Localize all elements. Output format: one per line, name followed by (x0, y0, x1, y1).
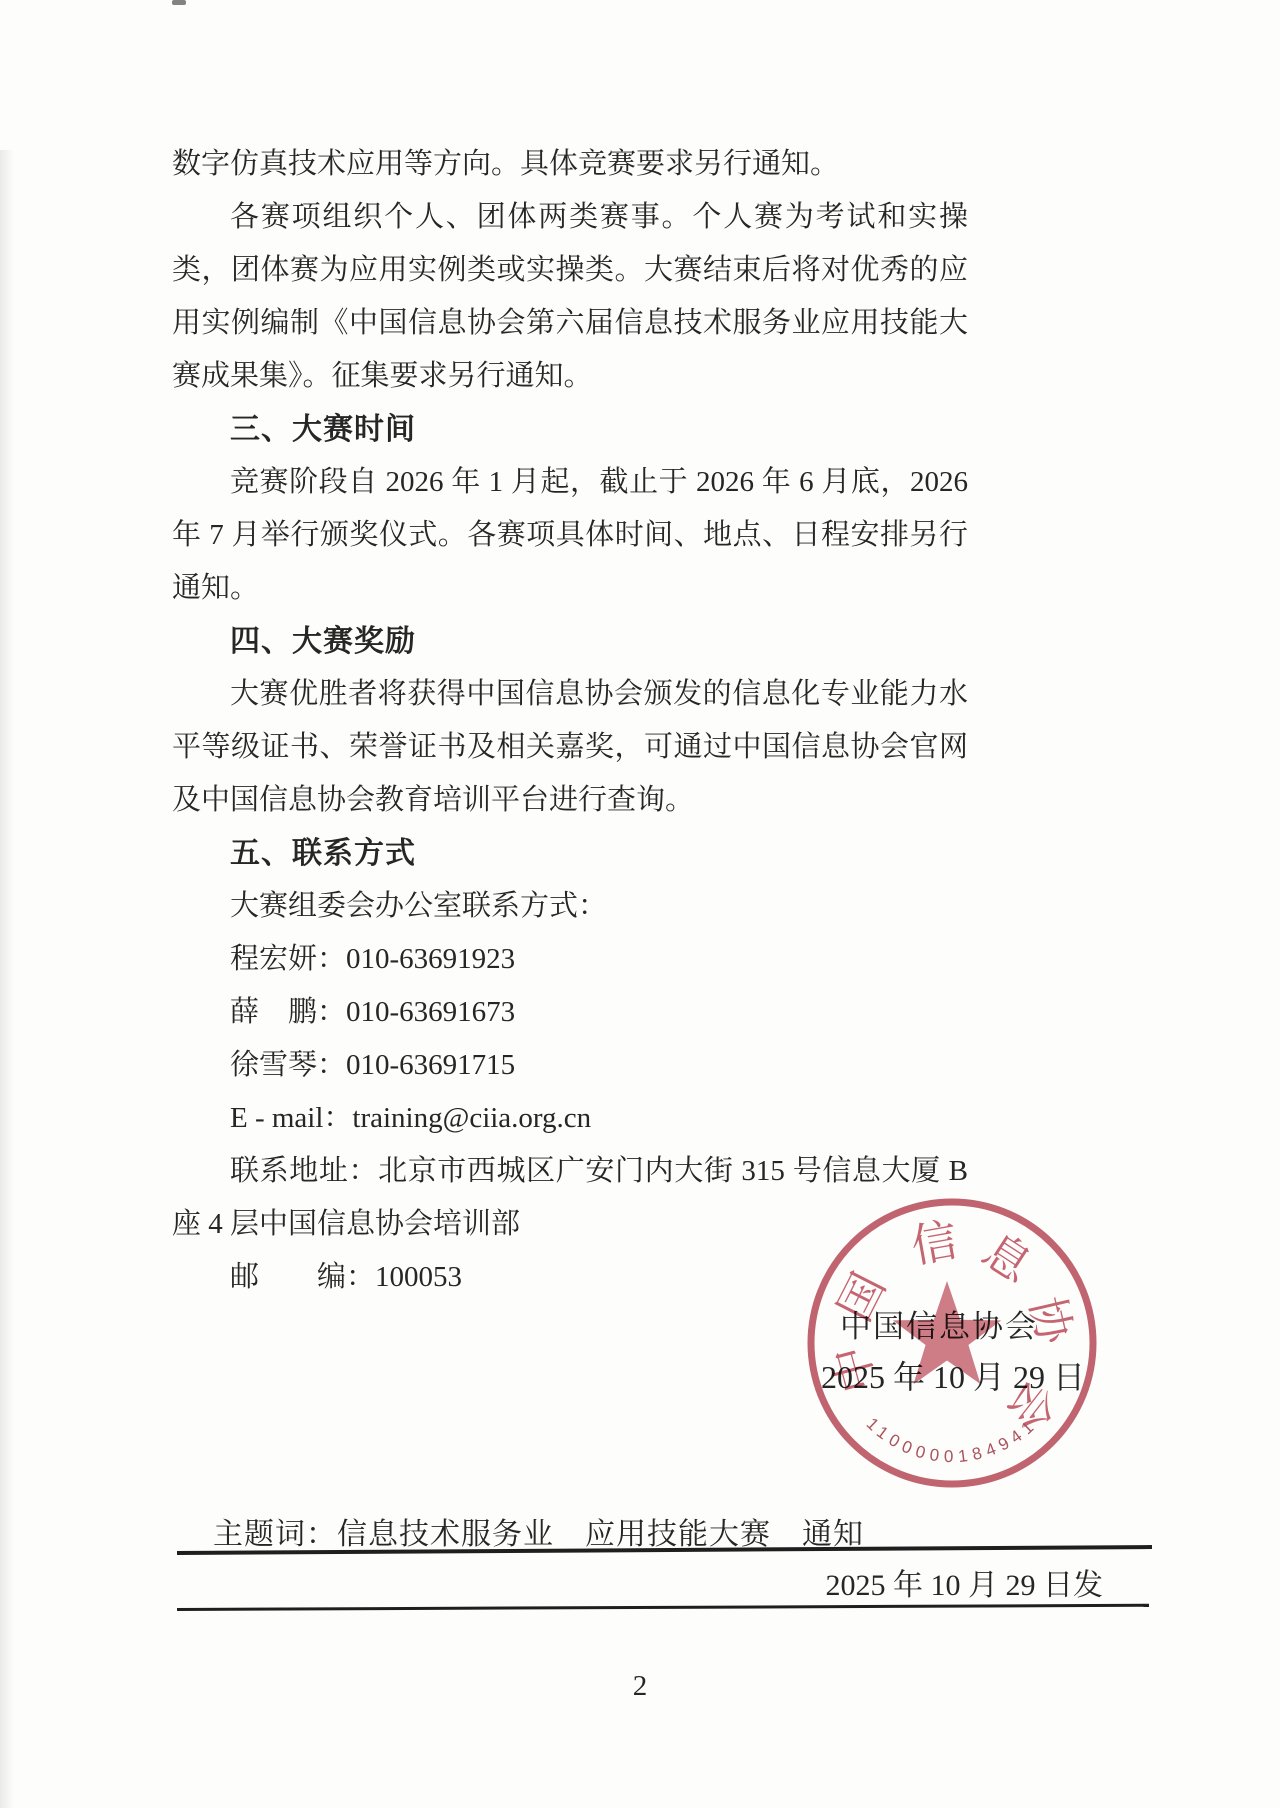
page-number: 2 (0, 1670, 1280, 1703)
divider-rule-bottom (177, 1604, 1149, 1611)
text-line: 徐雪琴：010-63691715 (172, 1039, 968, 1092)
seal-serial-number: 1100000184941 (863, 1414, 1042, 1466)
scan-artifact (172, 0, 186, 5)
keywords-value: 信息技术服务业 应用技能大赛 通知 (337, 1518, 864, 1551)
text-line: 薛 鹏：010-63691673 (172, 986, 968, 1039)
seal-ring-char: 国 (829, 1265, 895, 1329)
keywords-line: 主题词：信息技术服务业 应用技能大赛 通知 (213, 1509, 864, 1553)
text-line: 大赛组委会办公室联系方式： (172, 880, 968, 933)
text-line: 五、联系方式 (172, 827, 968, 880)
official-seal: 中国信息协会 1100000184941 (796, 1187, 1108, 1499)
seal-star-icon (893, 1281, 1001, 1384)
text-line: 大赛优胜者将获得中国信息协会颁发的信息化专业能力水平等级证书、荣誉证书及相关嘉奖… (172, 668, 968, 827)
text-line: 程宏妍：010-63691923 (172, 933, 968, 986)
scan-edge-shadow (0, 150, 14, 1808)
text-line: 各赛项组织个人、团体两类赛事。个人赛为考试和实操类，团体赛为应用实例类或实操类。… (172, 191, 968, 403)
issue-date: 2025 年 10 月 29 日发 (826, 1560, 1104, 1604)
text-line: 竞赛阶段自 2026 年 1 月起，截止于 2026 年 6 月底，2026 年… (172, 456, 968, 615)
seal-ring-char: 息 (974, 1224, 1041, 1292)
text-line: E - mail：training@ciia.org.cn (172, 1092, 968, 1145)
text-line: 数字仿真技术应用等方向。具体竞赛要求另行通知。 (172, 138, 968, 191)
document-body: 数字仿真技术应用等方向。具体竞赛要求另行通知。各赛项组织个人、团体两类赛事。个人… (172, 138, 968, 1304)
text-line: 四、大赛奖励 (172, 615, 968, 668)
document-page: 数字仿真技术应用等方向。具体竞赛要求另行通知。各赛项组织个人、团体两类赛事。个人… (0, 0, 1280, 1808)
seal-ring-char: 中 (824, 1340, 885, 1398)
text-line: 三、大赛时间 (172, 403, 968, 456)
seal-ring-char: 信 (907, 1214, 961, 1272)
seal-ring-char: 协 (1020, 1292, 1080, 1350)
keywords-label: 主题词： (213, 1518, 337, 1551)
